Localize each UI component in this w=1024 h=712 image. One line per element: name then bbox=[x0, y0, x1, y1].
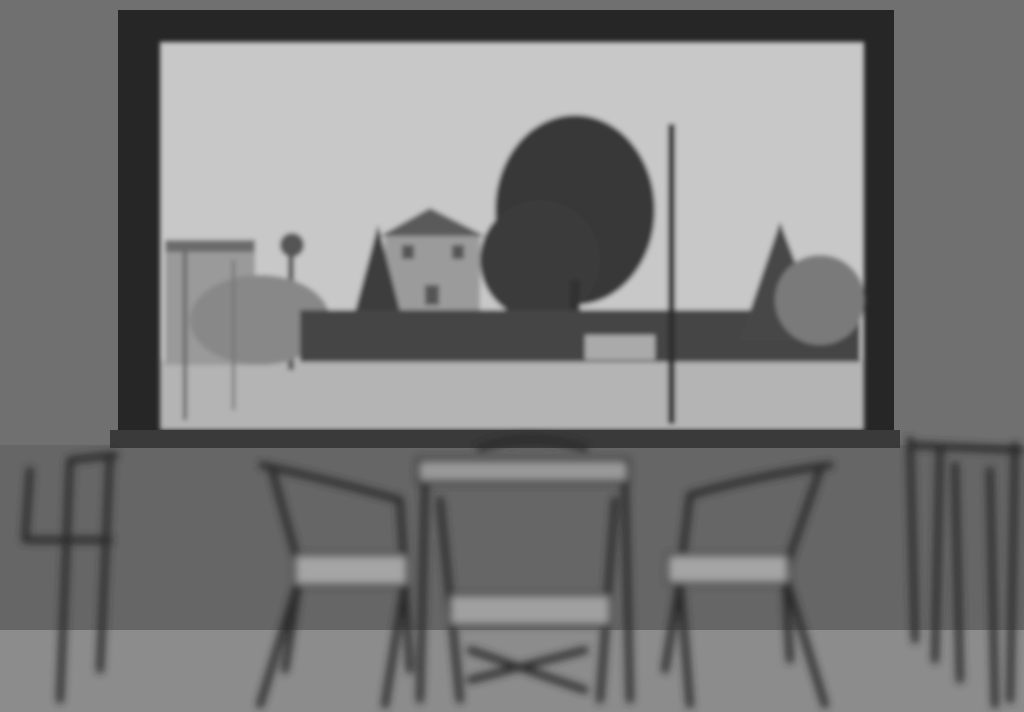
photo-scene bbox=[0, 0, 1024, 712]
window-view bbox=[160, 42, 865, 430]
scene-drawing bbox=[0, 0, 1024, 712]
